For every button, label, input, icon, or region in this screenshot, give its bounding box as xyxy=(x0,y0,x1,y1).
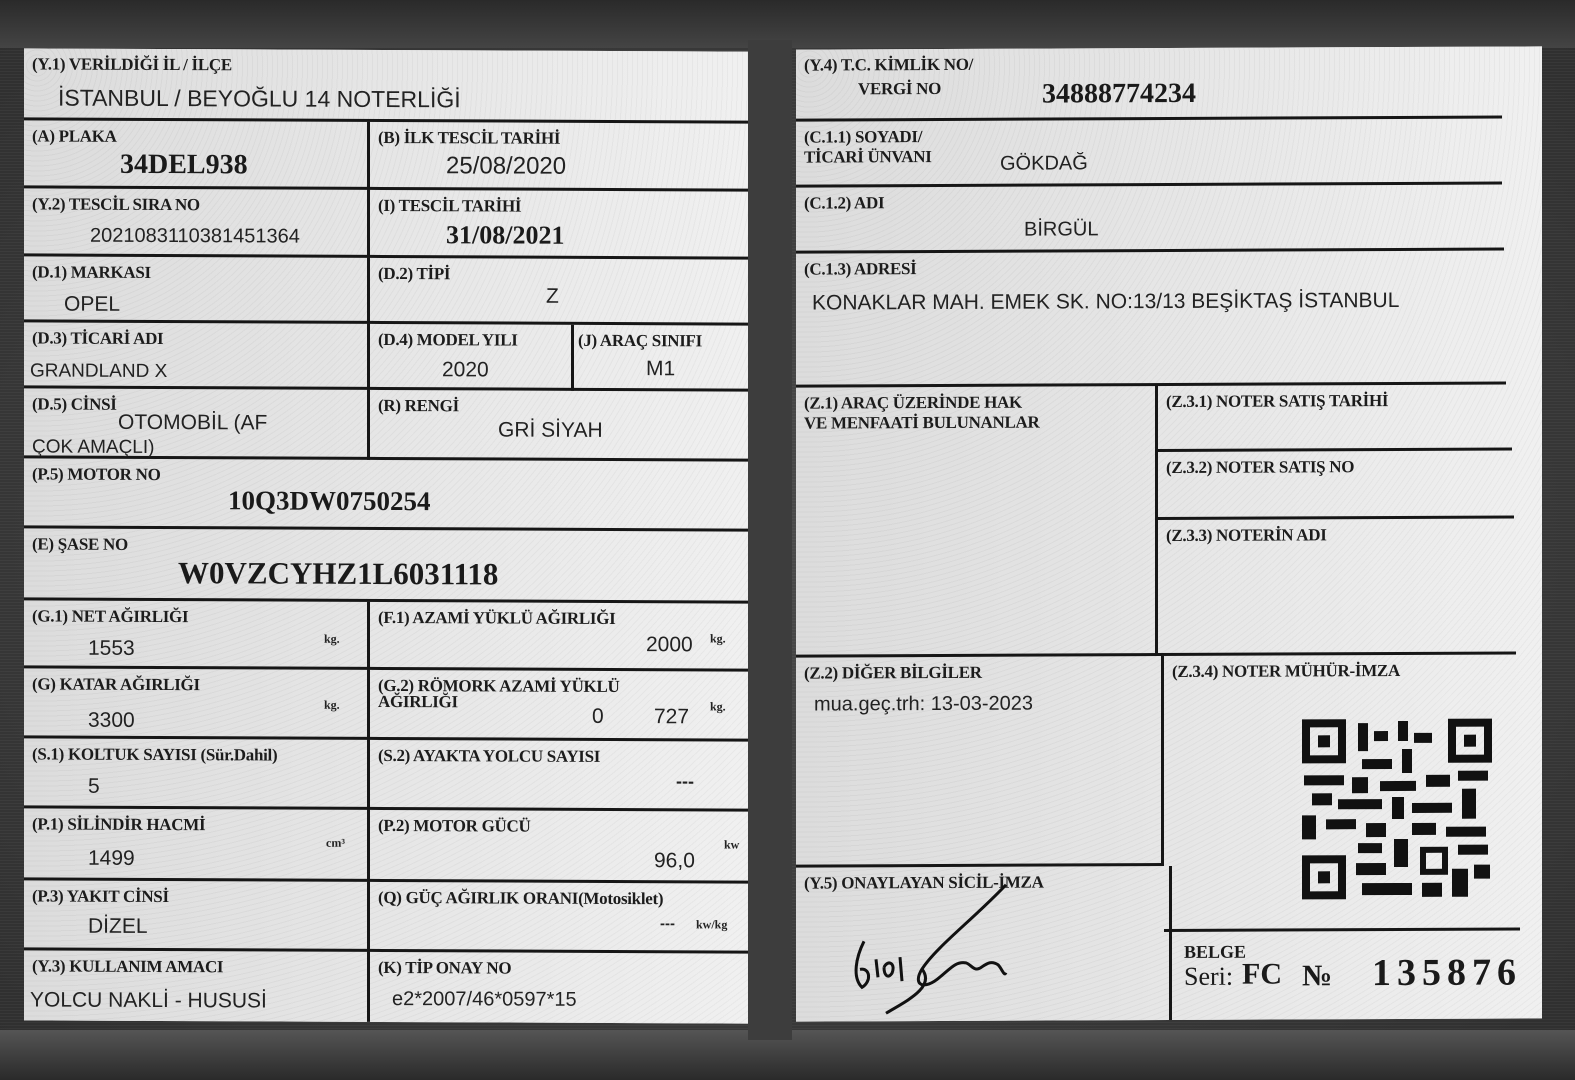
value: 1553 xyxy=(88,637,135,661)
field-z33-notary-name: (Z.3.3) NOTERİN ADI xyxy=(1158,518,1516,656)
field-s2-standing-passengers: (S.2) AYAKTA YOLCU SAYISI --- xyxy=(370,740,748,812)
value: 2020 xyxy=(442,358,489,382)
value-a: 0 xyxy=(592,705,604,729)
seri-value: FC xyxy=(1242,958,1282,992)
field-z31-notary-sale-date: (Z.3.1) NOTER SATIŞ TARİHİ xyxy=(1158,385,1512,453)
value: 25/08/2020 xyxy=(446,152,566,181)
field-z32-notary-sale-number: (Z.3.2) NOTER SATIŞ NO xyxy=(1158,450,1514,520)
label: (P.5) MOTOR NO xyxy=(32,464,161,484)
label-line2: TİCARİ ÜNVANI xyxy=(804,147,932,167)
field-c12-name: (C.1.2) ADI BİRGÜL xyxy=(796,185,1504,254)
value: 1499 xyxy=(88,847,135,871)
field-d3-trade-name: (D.3) TİCARİ ADI GRANDLAND X xyxy=(24,322,370,390)
label: (E) ŞASE NO xyxy=(32,534,128,553)
unit: kw/kg xyxy=(696,917,727,932)
value-line1: OTOMOBİL (AF xyxy=(118,411,267,436)
unit: kg. xyxy=(710,631,726,646)
value: --- xyxy=(660,915,675,932)
field-i-registration-date: (I) TESCİL TARİHİ 31/08/2021 xyxy=(370,190,748,260)
label: (Q) GÜÇ AĞIRLIK ORANI(Motosiklet) xyxy=(378,888,663,908)
label: (A) PLAKA xyxy=(32,126,117,145)
label: (G) KATAR AĞIRLIĞI xyxy=(32,674,200,694)
left-page: (Y.1) VERİLDİĞİ İL / İLÇE İSTANBUL / BEY… xyxy=(24,48,748,1023)
label-line1: (Z.1) ARAÇ ÜZERİNDE HAK xyxy=(804,393,1022,413)
value: 3300 xyxy=(88,709,135,733)
field-b-first-registration-date: (B) İLK TESCİL TARİHİ 25/08/2020 xyxy=(370,122,748,192)
field-p1-engine-displacement: (P.1) SİLİNDİR HACMİ 1499 cm³ xyxy=(24,808,370,882)
value: GRİ SİYAH xyxy=(498,418,603,442)
value: e2*2007/46*0597*15 xyxy=(392,988,577,1012)
label: (S.1) KOLTUK SAYISI (Sür.Dahil) xyxy=(32,744,277,764)
field-c11-surname: (C.1.1) SOYADI/ TİCARİ ÜNVANI GÖKDAĞ xyxy=(796,119,1502,188)
field-z2-other-info: (Z.2) DİĞER BİLGİLER mua.geç.trh: 13-03-… xyxy=(796,656,1164,868)
document-number: 135876 xyxy=(1372,950,1522,995)
label: (G.1) NET AĞIRLIĞI xyxy=(32,606,188,626)
field-y3-usage-purpose: (Y.3) KULLANIM AMACI YOLCU NAKLİ - HUSUS… xyxy=(24,950,370,1022)
label: (Y.3) KULLANIM AMACI xyxy=(32,956,223,976)
label: (D.2) TİPİ xyxy=(378,264,450,283)
field-a-plate: (A) PLAKA 34DEL938 xyxy=(24,120,370,190)
label: (J) ARAÇ SINIFI xyxy=(578,331,702,351)
field-d4-model-year: (D.4) MODEL YILI 2020 xyxy=(370,324,574,391)
label: (D.4) MODEL YILI xyxy=(378,330,518,350)
field-g-train-weight: (G) KATAR AĞIRLIĞI 3300 kg. xyxy=(24,668,370,740)
value: 2000 xyxy=(646,633,693,657)
value: --- xyxy=(676,771,694,792)
value: YOLCU NAKLİ - HUSUSİ xyxy=(30,988,267,1013)
signature-icon xyxy=(826,876,1066,1017)
field-y5-approver-signature: (Y.5) ONAYLAYAN SİCİL-İMZA xyxy=(796,866,1172,1022)
value-b: 727 xyxy=(654,705,689,729)
field-d2-type: (D.2) TİPİ Z xyxy=(370,258,748,326)
label-line2: VERGİ NO xyxy=(858,79,941,98)
label: (Y.1) VERİLDİĞİ İL / İLÇE xyxy=(32,54,232,74)
qr-code-icon xyxy=(1302,719,1492,900)
field-f1-max-laden-weight: (F.1) AZAMİ YÜKLÜ AĞIRLIĞI 2000 kg. xyxy=(370,602,748,672)
field-document-serial: BELGE Seri: FC № 135876 xyxy=(1172,930,1544,1020)
label: (F.1) AZAMİ YÜKLÜ AĞIRLIĞI xyxy=(378,608,615,628)
value: mua.geç.trh: 13-03-2023 xyxy=(814,693,1033,717)
field-q-power-weight-ratio: (Q) GÜÇ AĞIRLIK ORANI(Motosiklet) --- kw… xyxy=(370,882,748,954)
field-p3-fuel-type: (P.3) YAKIT CİNSİ DİZEL xyxy=(24,880,370,952)
field-y4-tax-id: (Y.4) T.C. KİMLİK NO/ VERGİ NO 348887742… xyxy=(796,47,1502,122)
label: (Y.2) TESCİL SIRA NO xyxy=(32,194,200,214)
value: W0VZCYHZ1L6031118 xyxy=(178,555,498,592)
label: (D.3) TİCARİ ADI xyxy=(32,328,163,348)
field-e-chassis-number: (E) ŞASE NO W0VZCYHZ1L6031118 xyxy=(24,528,748,603)
label: (C.1.3) ADRESİ xyxy=(804,259,916,278)
belge-label: BELGE xyxy=(1184,942,1246,963)
value: 96,0 xyxy=(654,849,695,873)
unit: kg. xyxy=(324,632,340,647)
field-r-color: (R) RENGİ GRİ SİYAH xyxy=(370,390,748,462)
field-p2-engine-power: (P.2) MOTOR GÜCÜ 96,0 kw xyxy=(370,810,748,884)
value: 10Q3DW0750254 xyxy=(228,485,431,517)
label: (D.5) CİNSİ xyxy=(32,394,117,413)
label-line1: (Y.4) T.C. KİMLİK NO/ xyxy=(804,55,973,75)
label: (D.1) MARKASI xyxy=(32,262,151,282)
value: OPEL xyxy=(64,293,120,317)
field-g1-net-weight: (G.1) NET AĞIRLIĞI 1553 kg. xyxy=(24,600,370,670)
value-line2: ÇOK AMAÇLI) xyxy=(32,436,154,459)
field-j-vehicle-class: (J) ARAÇ SINIFI M1 xyxy=(574,325,748,392)
value: M1 xyxy=(646,357,675,381)
label-line1: (C.1.1) SOYADI/ xyxy=(804,127,922,147)
number-symbol: № xyxy=(1302,959,1332,993)
label: (P.2) MOTOR GÜCÜ xyxy=(378,816,530,836)
label: (Z.3.1) NOTER SATIŞ TARİHİ xyxy=(1166,391,1388,411)
value: Z xyxy=(546,285,559,309)
field-d5-kind: (D.5) CİNSİ OTOMOBİL (AF ÇOK AMAÇLI) xyxy=(24,388,370,460)
label: (Z.2) DİĞER BİLGİLER xyxy=(804,663,982,683)
field-z1-rights-holders: (Z.1) ARAÇ ÜZERİNDE HAK VE MENFAATİ BULU… xyxy=(796,386,1158,658)
right-page: (Y.4) T.C. KİMLİK NO/ VERGİ NO 348887742… xyxy=(796,46,1542,1021)
value: GRANDLAND X xyxy=(30,360,167,383)
field-y1-issued-province: (Y.1) VERİLDİĞİ İL / İLÇE İSTANBUL / BEY… xyxy=(24,48,748,123)
field-s1-seat-count: (S.1) KOLTUK SAYISI (Sür.Dahil) 5 xyxy=(24,738,370,810)
seri-label: Seri: xyxy=(1184,962,1233,992)
label: (Z.3.3) NOTERİN ADI xyxy=(1166,525,1327,545)
plate-value: 34DEL938 xyxy=(120,149,248,182)
label: (P.3) YAKIT CİNSİ xyxy=(32,886,169,906)
value: KONAKLAR MAH. EMEK SK. NO:13/13 BEŞİKTAŞ… xyxy=(812,289,1399,316)
label: (P.1) SİLİNDİR HACMİ xyxy=(32,814,205,834)
label: (R) RENGİ xyxy=(378,396,459,415)
unit: cm³ xyxy=(326,836,345,851)
field-g2-trailer-max-weight: (G.2) RÖMORK AZAMİ YÜKLÜ AĞIRLIĞI 0 727 … xyxy=(370,670,748,742)
label-line2: VE MENFAATİ BULUNANLAR xyxy=(804,413,1040,433)
label: (C.1.2) ADI xyxy=(804,193,884,212)
label: (B) İLK TESCİL TARİHİ xyxy=(378,128,560,148)
label-line2: AĞIRLIĞI xyxy=(378,692,458,711)
value: 20210831103814513​64 xyxy=(90,225,300,249)
unit: kg. xyxy=(324,698,340,713)
value: 5 xyxy=(88,775,100,799)
label: (K) TİP ONAY NO xyxy=(378,958,511,978)
label: (I) TESCİL TARİHİ xyxy=(378,196,521,216)
field-k-type-approval: (K) TİP ONAY NO e2*2007/46*0597*15 xyxy=(370,952,748,1024)
field-d1-brand: (D.1) MARKASI OPEL xyxy=(24,256,370,324)
value: GÖKDAĞ xyxy=(1000,152,1088,175)
value: 31/08/2021 xyxy=(446,220,564,251)
booklet-spine xyxy=(748,40,792,1040)
value: BİRGÜL xyxy=(1024,218,1098,241)
label: (Z.3.4) NOTER MÜHÜR-İMZA xyxy=(1172,661,1400,681)
field-z34-notary-seal: (Z.3.4) NOTER MÜHÜR-İMZA xyxy=(1164,654,1520,932)
field-c13-address: (C.1.3) ADRESİ KONAKLAR MAH. EMEK SK. NO… xyxy=(796,251,1506,388)
field-p5-engine-number: (P.5) MOTOR NO 10Q3DW0750254 xyxy=(24,458,748,531)
field-y2-registration-sequence: (Y.2) TESCİL SIRA NO 20210831103814513​6… xyxy=(24,188,370,258)
unit: kw xyxy=(724,837,739,852)
value: DİZEL xyxy=(88,915,148,939)
label: (S.2) AYAKTA YOLCU SAYISI xyxy=(378,746,600,766)
value: İSTANBUL / BEYOĞLU 14 NOTERLİĞİ xyxy=(58,85,461,114)
unit: kg. xyxy=(710,699,726,714)
value: 34888774234 xyxy=(1042,78,1196,111)
label: (Z.3.2) NOTER SATIŞ NO xyxy=(1166,457,1354,477)
